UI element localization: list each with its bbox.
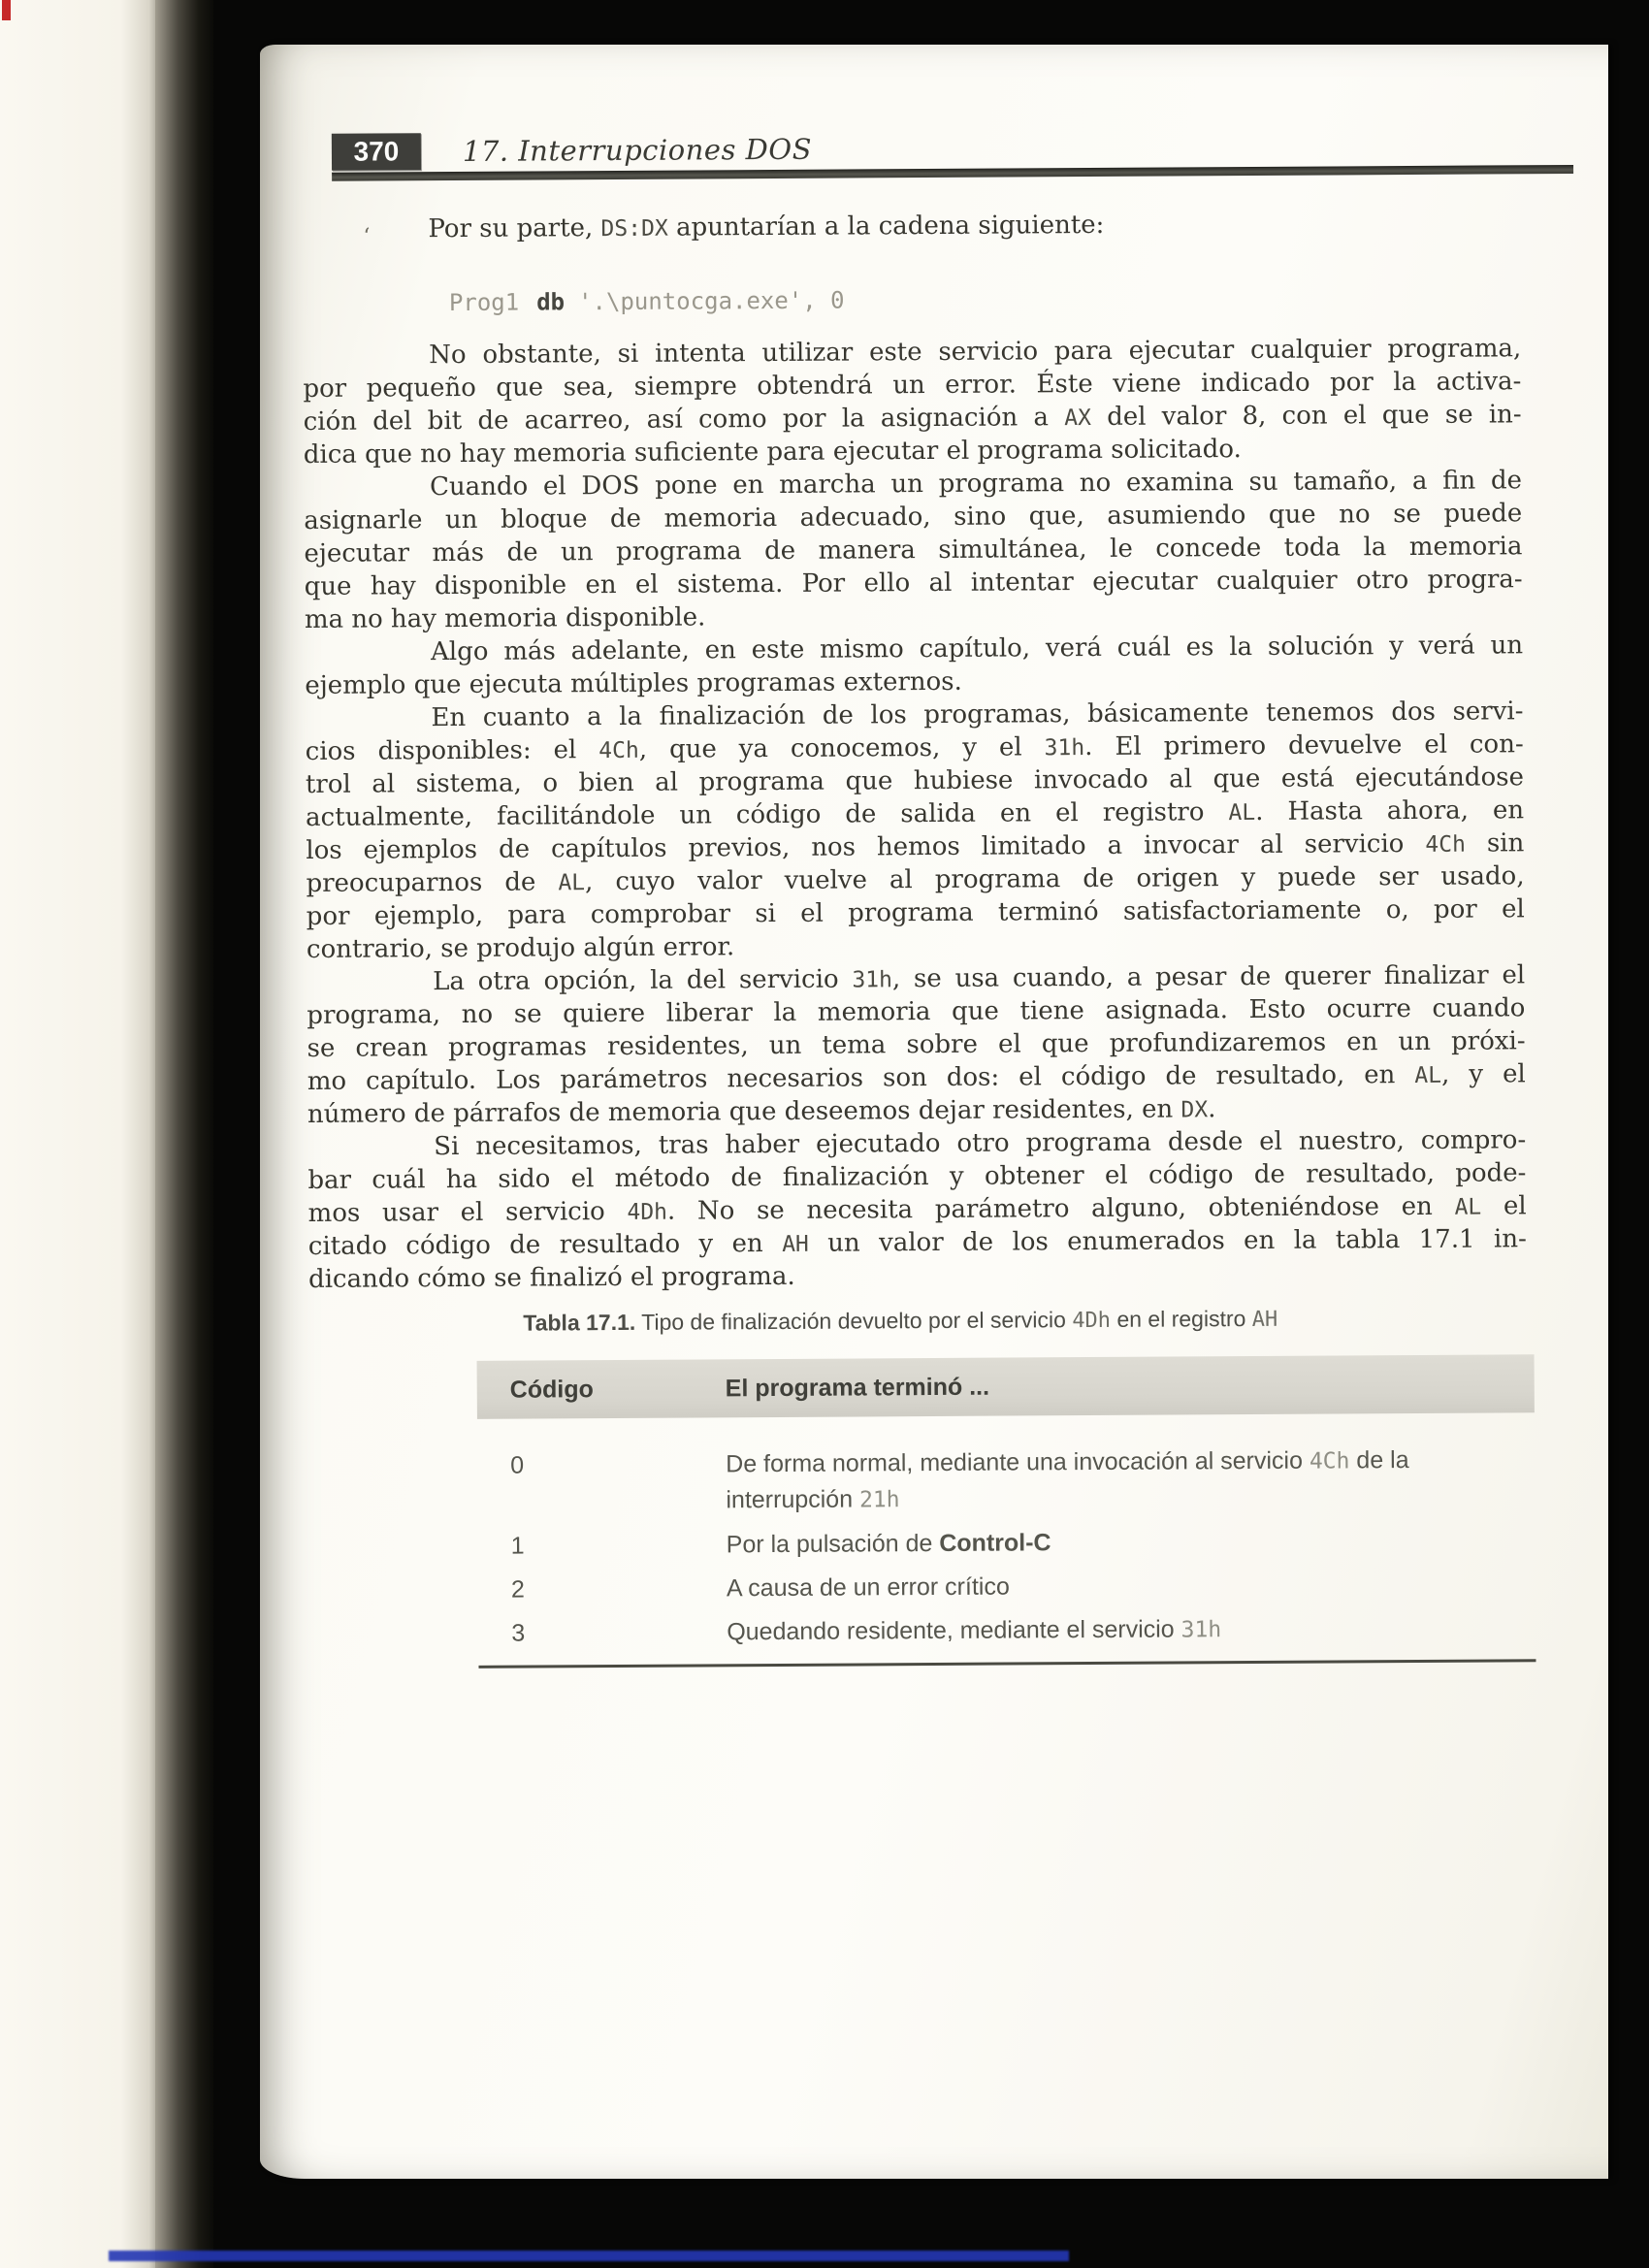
text-run: programa, no se quiere liberar la memori… (307, 993, 1525, 1030)
red-scan-mark (2, 0, 11, 20)
text-run: Si necesitamos, tras haber ejecutado otr… (434, 1125, 1526, 1161)
inline-code: 4Ch (1425, 832, 1466, 858)
page-number-badge: 370 (332, 133, 421, 171)
description-cell: De forma normal, mediante una invocación… (726, 1442, 1535, 1518)
text-run: del valor 8, con el que se in- (1091, 400, 1522, 432)
text-run: Por su parte, (428, 213, 600, 243)
inline-code: 31h (1181, 1617, 1222, 1642)
scan-artifact-mark: ‘ (363, 225, 370, 249)
page-content: 370 17. Interrupciones DOS ‘ Por su part… (253, 41, 1614, 2183)
inline-code: DX (1180, 1097, 1208, 1122)
scanner-margin-strip (0, 0, 155, 2268)
paragraph: La otra opción, la del servicio 31h, se … (307, 958, 1526, 1131)
text-run: No obstante, si intenta utilizar este se… (429, 334, 1521, 370)
code-operands: '.\puntocga.exe', 0 (578, 287, 845, 316)
text-run: contrario, se produjo algún error. (307, 932, 734, 964)
table-caption: Tabla 17.1. Tipo de finalización devuelt… (523, 1304, 1551, 1336)
code-cell: 2 (511, 1571, 727, 1606)
text-run: ción del bit de acarreo, así como por la… (304, 403, 1065, 437)
chapter-title: 17. Interrupciones DOS (463, 133, 812, 168)
table-row: 1Por la pulsación de Control-C (478, 1522, 1536, 1564)
description-cell: A causa de un error crítico (727, 1566, 1536, 1605)
description-cell: Por la pulsación de Control-C (727, 1522, 1536, 1562)
text-run: , se usa cuando, a pesar de querer final… (892, 960, 1525, 993)
text-run: . Hasta ahora, en (1255, 795, 1524, 826)
text-run: citado código de resultado y en (308, 1229, 782, 1261)
blue-scan-line (109, 2251, 1069, 2261)
text-run: Tipo de finalización devuelto por el ser… (635, 1307, 1072, 1335)
book-page: 370 17. Interrupciones DOS ‘ Por su part… (260, 45, 1608, 2179)
text-run: dica que no hay memoria suficiente para … (304, 435, 1242, 470)
text-run: , que ya conocemos, y el (639, 732, 1045, 764)
code-snippet: Prog1db'.\puntocga.exe', 0 (449, 287, 845, 316)
text-run: bar cuál ha sido el método de finalizaci… (307, 1158, 1526, 1195)
text-run: dicando cómo se finalizó el programa. (308, 1262, 795, 1294)
text-run: sin (1466, 828, 1525, 858)
inline-code: 31h (1045, 735, 1085, 761)
text-run: mo capítulo. Los parámetros necesarios s… (307, 1060, 1415, 1096)
text-run: en el registro (1111, 1306, 1252, 1332)
text-run: En cuanto a la finalización de los progr… (431, 697, 1523, 732)
inline-code: AH (782, 1232, 809, 1257)
paragraph-line: dicando cómo se finalizó el programa. (308, 1255, 1527, 1296)
text-run: ma no hay memoria disponible. (305, 602, 706, 634)
paragraph: Cuando el DOS pone en marcha un programa… (304, 464, 1523, 636)
text-run: apuntarían a la cadena siguiente: (668, 211, 1105, 243)
text-run: . El primero devuelve el con- (1084, 729, 1524, 761)
table-body: 0De forma normal, mediante una invocació… (477, 1442, 1536, 1652)
paragraph: Si necesitamos, tras haber ejecutado otr… (307, 1123, 1527, 1296)
inline-code: AL (558, 870, 585, 895)
code-cell: 3 (511, 1614, 727, 1651)
code-cell: 1 (511, 1527, 727, 1563)
text-run: , cuyo valor vuelve al programa de orige… (585, 861, 1525, 896)
text-run: ejecutar más de un programa de manera si… (304, 532, 1522, 568)
bold-text: Tabla 17.1. (523, 1310, 635, 1336)
text-run: Por la pulsación de (727, 1530, 940, 1558)
text-run: se crean programas residentes, un tema s… (307, 1026, 1525, 1063)
text-run: mos usar el servicio (308, 1197, 628, 1228)
inline-code: AX (1064, 405, 1091, 431)
text-run: De forma normal, mediante una invocación… (726, 1447, 1309, 1478)
inline-code: 4Ch (1309, 1448, 1350, 1474)
text-run: por pequeño que sea, siempre obtendrá un… (303, 367, 1521, 404)
text-run: actualmente, facilitándole un código de … (306, 797, 1229, 832)
bold-text: Control-C (939, 1529, 1051, 1557)
paragraph: En cuanto a la finalización de los progr… (305, 695, 1525, 966)
text-run: Quedando residente, mediante el servicio (727, 1615, 1181, 1645)
table-row: 2A causa de un error crítico (478, 1566, 1536, 1607)
text-run: trol al sistema, o bien al programa que … (306, 762, 1524, 799)
column-header-programa-termino: El programa terminó ... (726, 1370, 1535, 1403)
table-row: 0De forma normal, mediante una invocació… (477, 1442, 1535, 1520)
body-paragraphs: No obstante, si intenta utilizar este se… (303, 332, 1527, 1296)
text-run: los ejemplos de capítulos previos, nos h… (306, 829, 1425, 865)
code-cell: 0 (510, 1446, 726, 1519)
code-keyword: db (536, 288, 565, 315)
text-run: Cuando el DOS pone en marcha un programa… (430, 466, 1522, 502)
table-bottom-rule (478, 1659, 1536, 1669)
text-run: un valor de los enumerados en la tabla 1… (809, 1224, 1527, 1258)
text-run: por ejemplo, para comprobar si el progra… (307, 894, 1525, 931)
text-run: . No se necesita parámetro alguno, obten… (667, 1192, 1455, 1226)
inline-code: AL (1454, 1195, 1481, 1220)
results-table: Código El programa terminó ... 0De forma… (477, 1354, 1536, 1669)
text-run: A causa de un error crítico (727, 1573, 1010, 1603)
inline-code: AH (1252, 1308, 1278, 1332)
paragraph: No obstante, si intenta utilizar este se… (303, 332, 1522, 471)
inline-code: 21h (859, 1487, 900, 1512)
table-header-row: Código El programa terminó ... (477, 1354, 1535, 1419)
inline-code: 4Dh (627, 1200, 667, 1225)
inline-code: 31h (852, 967, 892, 992)
text-run: La otra opción, la del servicio (433, 965, 852, 997)
text-run: el (1481, 1191, 1527, 1220)
table-row: 3Quedando residente, mediante el servici… (478, 1609, 1536, 1652)
text-run: asignarle un bloque de memoria adecuado,… (304, 499, 1522, 535)
code-label: Prog1 (449, 289, 519, 316)
text-run: cios disponibles: el (306, 735, 599, 766)
text-run: que hay disponible en el sistema. Por el… (305, 565, 1523, 601)
inline-code: DS:DX (600, 216, 667, 242)
inline-code: 4Dh (1072, 1309, 1111, 1333)
text-run: ejemplo que ejecuta múltiples programas … (305, 667, 962, 700)
intro-paragraph: Por su parte, DS:DX apuntarían a la cade… (428, 208, 1514, 243)
paragraph: Algo más adelante, en este mismo capítul… (305, 629, 1523, 702)
column-header-codigo: Código (510, 1375, 726, 1404)
text-run: Algo más adelante, en este mismo capítul… (431, 631, 1523, 666)
text-run: número de párrafos de memoria que deseem… (307, 1094, 1181, 1129)
text-run: , y el (1441, 1059, 1526, 1089)
inline-code: AL (1228, 800, 1255, 826)
text-run: . (1208, 1094, 1215, 1123)
inline-code: 4Ch (598, 738, 639, 763)
description-cell: Quedando residente, mediante el servicio… (727, 1609, 1536, 1650)
text-run: preocuparnos de (306, 867, 558, 898)
page-number: 370 (353, 136, 399, 167)
inline-code: AL (1414, 1063, 1441, 1088)
